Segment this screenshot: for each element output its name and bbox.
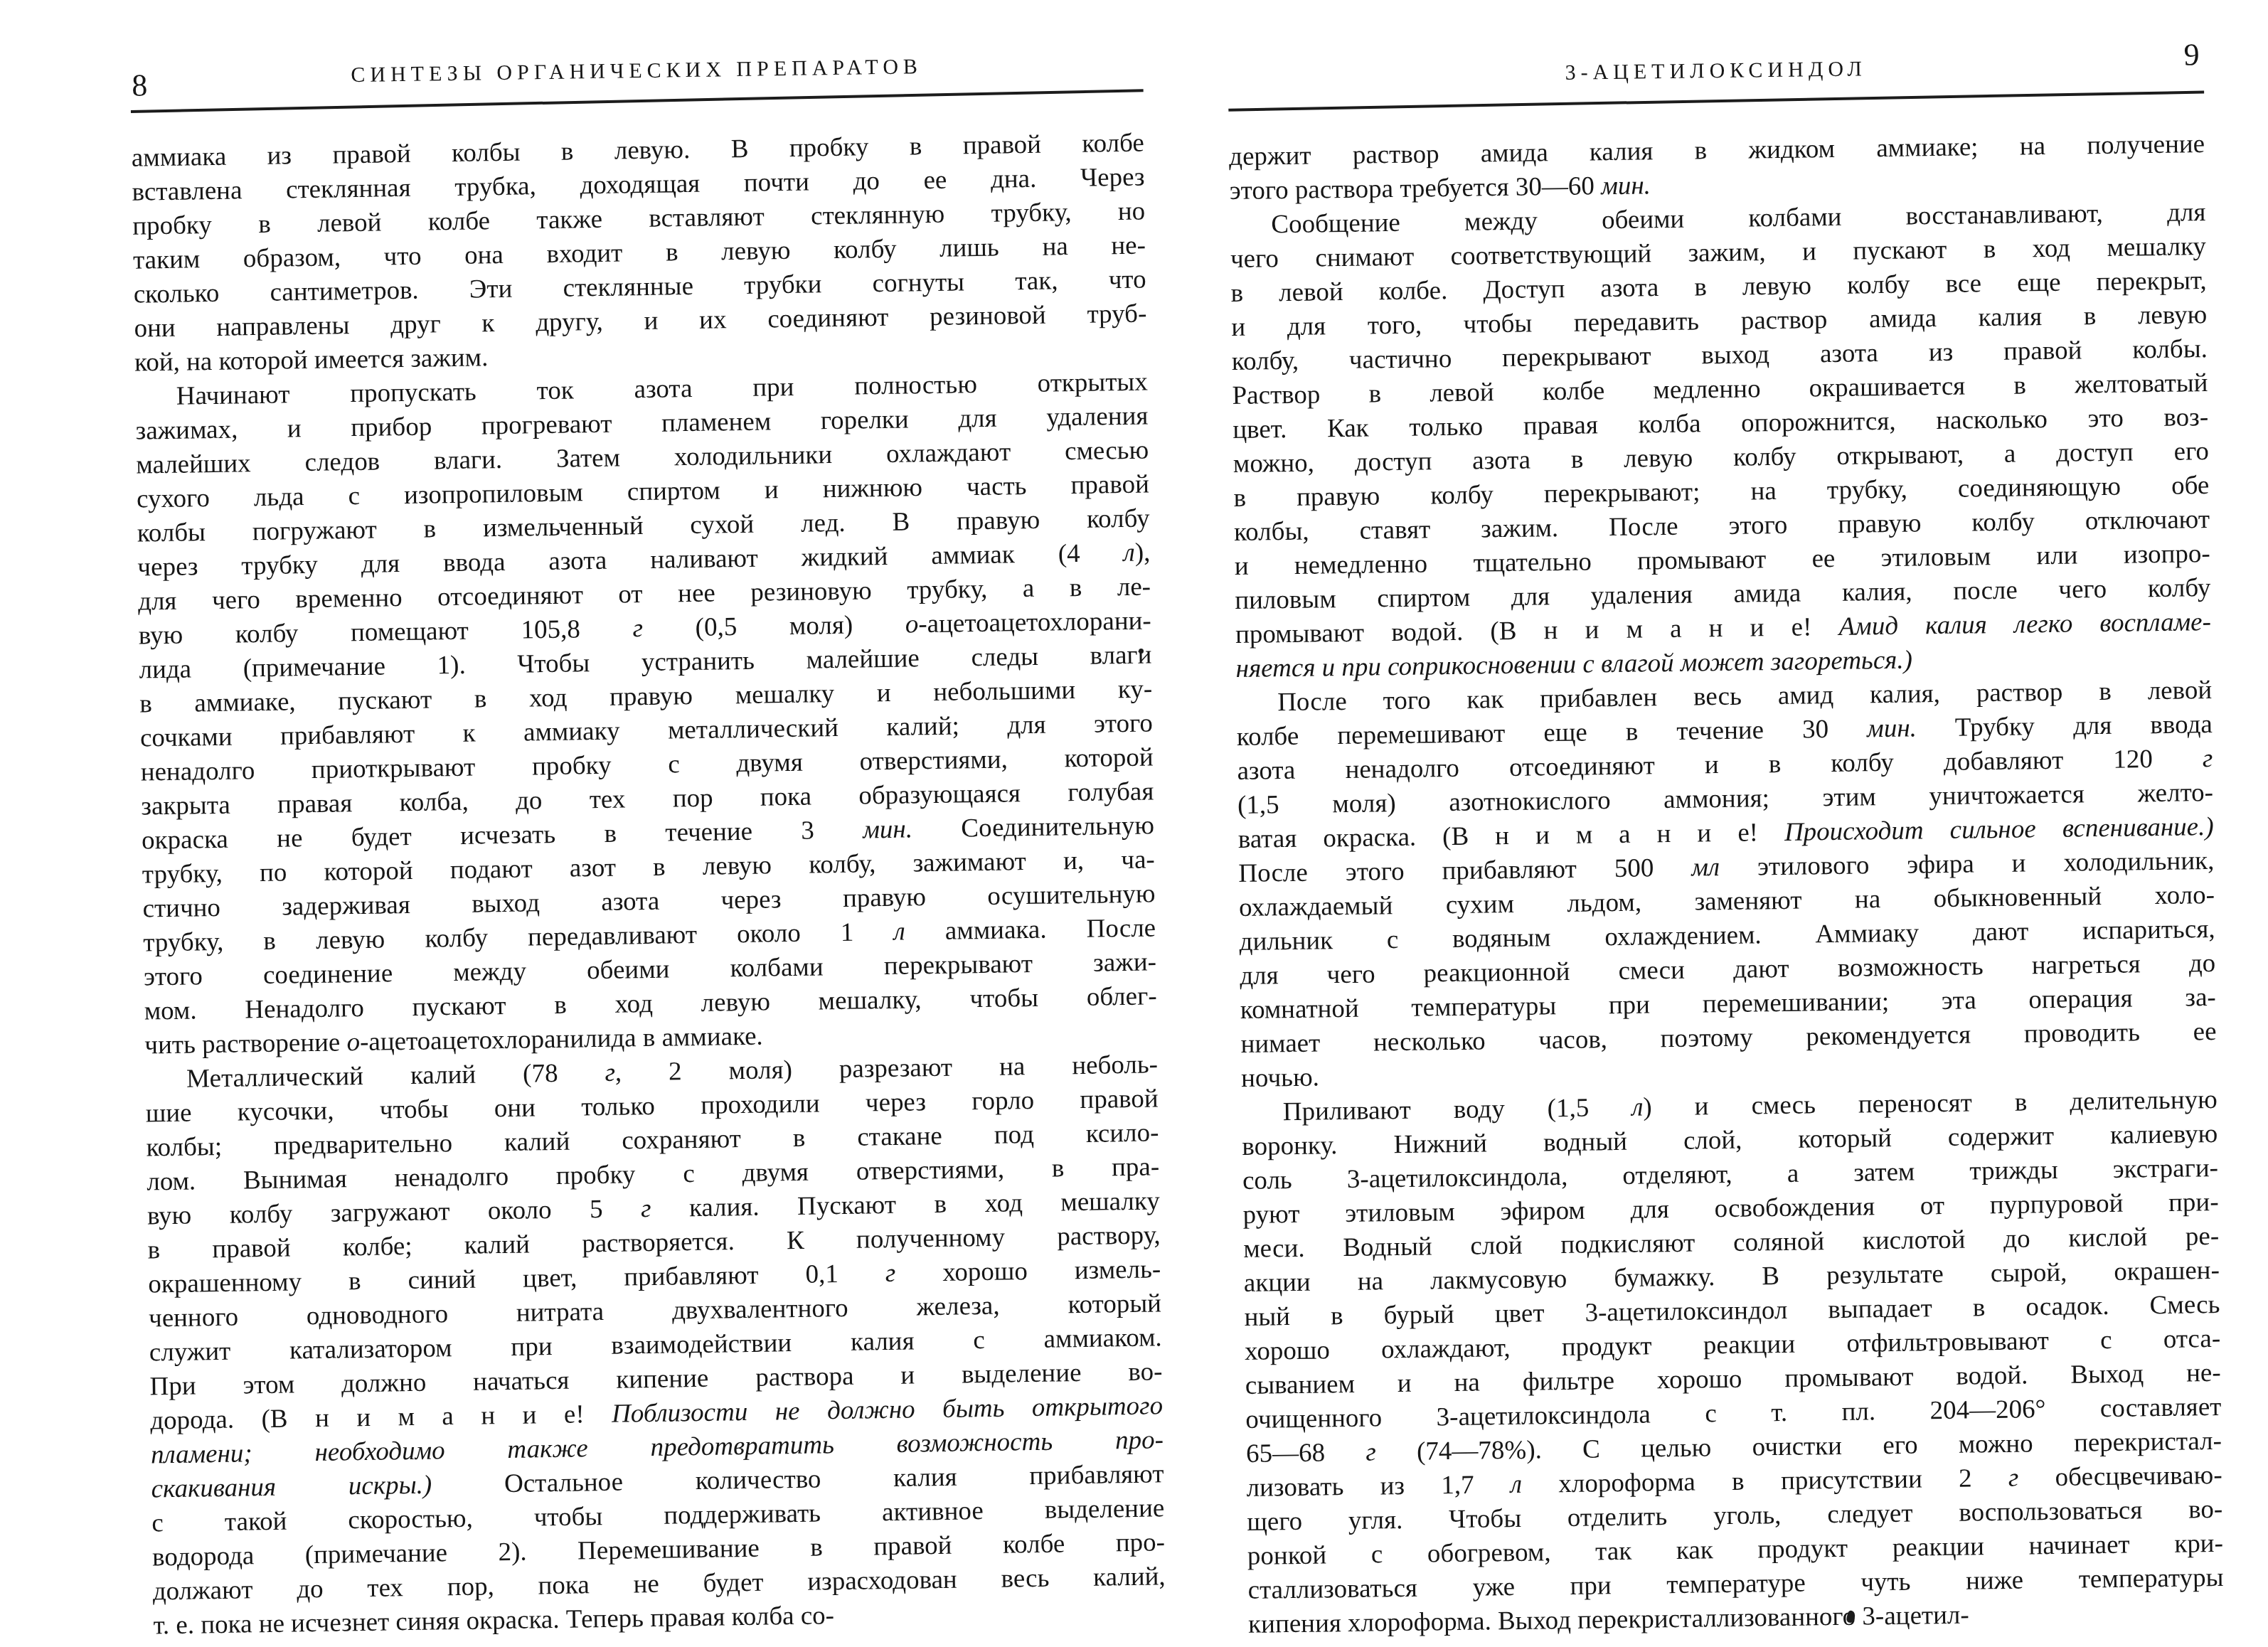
italic-text: л (893, 917, 905, 947)
italic-text: скакивания искры.) (151, 1471, 432, 1504)
italic-text: Поблизости не должно быть открытого (612, 1391, 1164, 1428)
right-page-content: 3-АЦЕТИЛОКСИНДОЛ 9 держит раствор амида … (1228, 46, 2224, 1642)
paragraph: держит раствор амида калия в жидком амми… (1229, 127, 2205, 208)
italic-text: г (2203, 744, 2213, 773)
running-title: СИНТЕЗЫ ОРГАНИЧЕСКИХ ПРЕПАРАТОВ (130, 46, 1144, 97)
left-page: 8 СИНТЕЗЫ ОРГАНИЧЕСКИХ ПРЕПАРАТОВ аммиак… (139, 0, 1152, 1636)
italic-text: мин. (1601, 171, 1651, 201)
italic-text: г (632, 614, 643, 643)
italic-text: мин. (863, 814, 912, 844)
italic-text: мин. (1867, 713, 1917, 743)
italic-text: няется и при соприкосновении с влагой мо… (1235, 646, 1912, 683)
italic-text: Амид калия легко воспламе- (1838, 607, 2211, 641)
book-spread: 8 СИНТЕЗЫ ОРГАНИЧЕСКИХ ПРЕПАРАТОВ аммиак… (0, 0, 2268, 1647)
right-page-header: 3-АЦЕТИЛОКСИНДОЛ 9 (1228, 46, 2204, 96)
italic-text: л (1511, 1470, 1523, 1499)
italic-text: о (346, 1028, 360, 1057)
italic-text: г (2008, 1464, 2019, 1493)
paragraph: аммиака из правой колбы в левую. В пробк… (132, 127, 1148, 380)
scan-speck (1139, 649, 1144, 654)
italic-text: г (605, 1058, 615, 1087)
page-text: держит раствор амида калия в жидком амми… (1229, 127, 2225, 1642)
paragraph: Металлический калий (78 г, 2 моля) разре… (145, 1048, 1166, 1643)
paragraph: Приливают воду (1,5 л) и смесь переносят… (1241, 1083, 2224, 1642)
page-text: аммиака из правой колбы в левую. В пробк… (132, 127, 1166, 1643)
italic-text: мл (1691, 853, 1720, 883)
left-page-header: 8 СИНТЕЗЫ ОРГАНИЧЕСКИХ ПРЕПАРАТОВ (130, 46, 1144, 97)
paragraph: После того как прибавлен весь амид калия… (1236, 673, 2217, 1096)
right-page: 3-АЦЕТИЛОКСИНДОЛ 9 держит раствор амида … (1236, 0, 2212, 1636)
paragraph: Начинают пропускать ток азота при полнос… (135, 365, 1158, 1062)
running-title: 3-АЦЕТИЛОКСИНДОЛ (1228, 46, 2204, 96)
italic-text: г (1365, 1437, 1376, 1466)
italic-text: о (905, 609, 919, 639)
italic-text: г (641, 1194, 651, 1223)
italic-text: г (885, 1259, 895, 1288)
italic-text: л (1631, 1093, 1644, 1122)
italic-text: л (1123, 538, 1135, 567)
paragraph: Сообщение между обеими колбами восстанав… (1230, 196, 2212, 686)
page-number: 9 (2183, 36, 2200, 73)
left-page-content: 8 СИНТЕЗЫ ОРГАНИЧЕСКИХ ПРЕПАРАТОВ аммиак… (130, 46, 1166, 1643)
italic-text: Происходит сильное вспенивание.) (1784, 812, 2214, 847)
